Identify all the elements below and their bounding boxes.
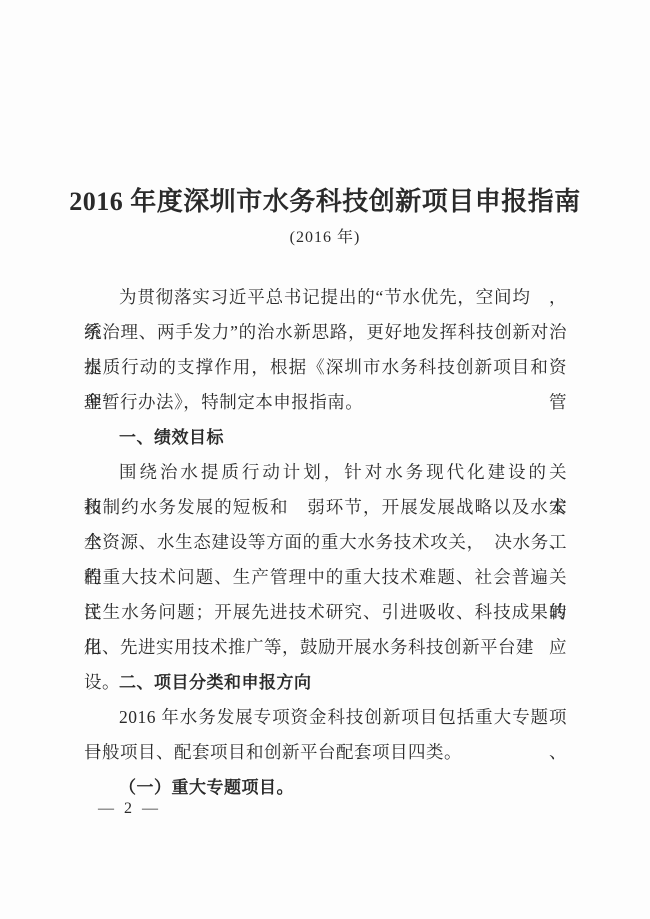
section-heading-project-categories: 二、项目分类和申报方向	[84, 665, 567, 700]
paragraph-line: 和制约水务发展的短板和 弱环节，开展发展战略以及水安全、	[84, 490, 567, 525]
paragraph-line: 的重大技术问题、生产管理中的重大技术难题、社会普遍关注的	[84, 560, 567, 595]
paragraph-line: 围绕治水提质行动计划，针对水务现代化建设的关 技术	[84, 455, 567, 490]
paragraph-line: 统治理、两手发力”的治水新思路，更好地发挥科技创新对治水	[84, 315, 567, 350]
paragraph-line: 用、先进实用技术推广等，鼓励开展水务科技创新平台建设。	[84, 630, 567, 665]
paragraph-line: 水资源、水生态建设等方面的重大水务技术攻关， 决水务工程	[84, 525, 567, 560]
paragraph-line: 为贯彻落实习近平总书记提出的“节水优先，空间均 ，系	[84, 280, 567, 315]
paragraph-line: 提质行动的支撑作用，根据《深圳市水务科技创新项目和资金管	[84, 350, 567, 385]
document-subtitle: (2016 年)	[0, 224, 650, 247]
document-page: 2016 年度深圳市水务科技创新项目申报指南 (2016 年) 为贯彻落实习近平…	[0, 0, 650, 919]
paragraph-line: 民生水务问题；开展先进技术研究、引进吸收、科技成果转化应	[84, 595, 567, 630]
page-number: — 2 —	[98, 800, 161, 818]
section-heading-performance-goals: 一、绩效目标	[84, 420, 567, 455]
document-title: 2016 年度深圳市水务科技创新项目申报指南	[0, 181, 650, 218]
document-body: 为贯彻落实习近平总书记提出的“节水优先，空间均 ，系 统治理、两手发力”的治水新…	[84, 280, 567, 805]
paragraph-line: 2016 年水务发展专项资金科技创新项目包括重大专题项目、	[84, 700, 567, 735]
